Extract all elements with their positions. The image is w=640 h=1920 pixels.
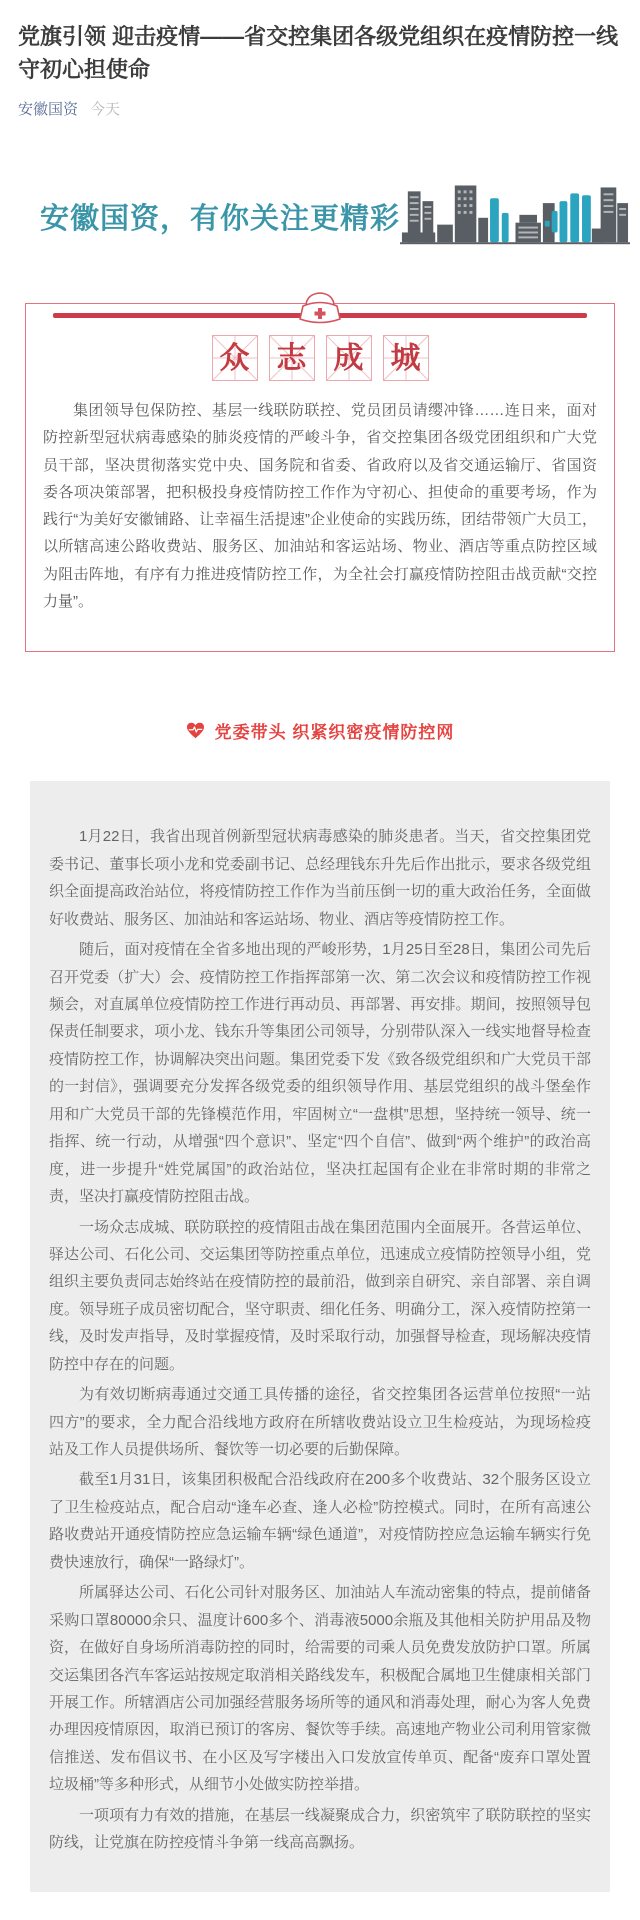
article-page: 党旗引领 迎击疫情——省交控集团各级党组织在疫情防控一线守初心担使命 安徽国资 … <box>0 0 640 1892</box>
slogan-char: 成 <box>327 336 371 380</box>
body-paragraph: 截至1月31日，该集团积极配合沿线政府在200多个收费站、32个服务区设立了卫生… <box>49 1466 591 1576</box>
city-skyline-graphic <box>400 163 630 253</box>
page-title: 党旗引领 迎击疫情——省交控集团各级党组织在疫情防控一线守初心担使命 <box>0 20 640 86</box>
calligraphy-grid-cell: 城 <box>383 335 429 381</box>
section-title: 党委带头 织紧织密疫情防控网 <box>215 718 455 743</box>
article-body-box: 1月22日，我省出现首例新型冠状病毒感染的肺炎患者。当天，省交控集团党委书记、董… <box>30 781 610 1891</box>
promo-slogan: 安徽国资，有你关注更精彩 <box>40 196 400 237</box>
calligraphy-grid-cell: 志 <box>269 335 315 381</box>
body-paragraph: 一项项有力有效的措施，在基层一线凝聚成合力，织密筑牢了联防联控的坚实防线，让党旗… <box>49 1802 591 1857</box>
slogan-char: 城 <box>384 336 428 380</box>
body-paragraph: 一场众志成城、联防联控的疫情阻击战在集团范围内全面展开。各营运单位、驿达公司、石… <box>49 1214 591 1379</box>
heartbeat-icon <box>186 722 205 739</box>
calligraphy-grid-cell: 众 <box>212 335 258 381</box>
intro-highlight-box: 众 志 成 城 集团领导包保防控、基层一线联防联控、党员团员请缨冲锋……连日来，… <box>25 303 615 652</box>
body-paragraph: 1月22日，我省出现首例新型冠状病毒感染的肺炎患者。当天，省交控集团党委书记、董… <box>49 823 591 933</box>
body-paragraph: 随后，面对疫情在全省多地出现的严峻形势，1月25日至28日，集团公司先后召开党委… <box>49 936 591 1210</box>
nurse-cap-icon <box>289 286 351 326</box>
promo-banner: 安徽国资，有你关注更精彩 <box>0 161 640 253</box>
publish-time: 今天 <box>90 98 120 119</box>
section-header: 党委带头 织紧织密疫情防控网 <box>0 718 640 743</box>
slogan-grid: 众 志 成 城 <box>26 335 614 381</box>
body-paragraph: 为有效切断病毒通过交通工具传播的途径，省交控集团各运营单位按照“一站四方”的要求… <box>49 1381 591 1463</box>
slogan-char: 众 <box>213 336 257 380</box>
calligraphy-grid-cell: 成 <box>326 335 372 381</box>
byline: 安徽国资 今天 <box>0 98 640 119</box>
body-paragraph: 所属驿达公司、石化公司针对服务区、加油站人车流动密集的特点，提前储备采购口罩80… <box>49 1579 591 1799</box>
slogan-char: 志 <box>270 336 314 380</box>
intro-paragraph: 集团领导包保防控、基层一线联防联控、党员团员请缨冲锋……连日来，面对防控新型冠状… <box>43 397 597 651</box>
account-name-link[interactable]: 安徽国资 <box>18 98 78 119</box>
